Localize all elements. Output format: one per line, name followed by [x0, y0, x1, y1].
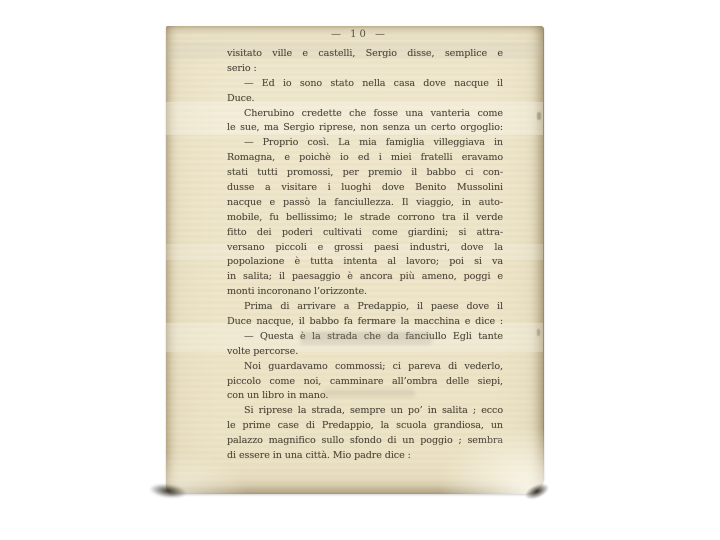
book-page-scan: — 10 — visitato ville e castelli, Sergio… — [166, 26, 544, 494]
ink-bleedthrough-smudge — [323, 389, 415, 397]
text-line: volte percorse. — [227, 345, 503, 360]
text-line: palazzo magnifico sullo sfondo di un pog… — [227, 434, 503, 449]
text-line: monti incoronano l’orizzonte. — [227, 285, 503, 300]
text-line: Prima di arrivare a Predappio, il paese … — [227, 300, 503, 315]
text-line: — Ed io sono stato nella casa dove nacqu… — [227, 77, 503, 92]
text-line: stati tutti promossi, per premio il babb… — [227, 166, 503, 181]
text-line: nacque e passò la fanciullezza. Il viagg… — [227, 196, 503, 211]
text-line: Cherubino credette che fosse una vanteri… — [227, 107, 503, 122]
text-line: fitto dei poderi cultivati come giardini… — [227, 226, 503, 241]
text-line: piccolo come noi, camminare all’ombra de… — [227, 375, 503, 390]
text-line: le sue, ma Sergio riprese, non senza un … — [227, 121, 503, 136]
text-line: Romagna, e poichè io ed i miei fratelli … — [227, 151, 503, 166]
text-line: versano piccoli e grossi paesi industri,… — [227, 241, 503, 256]
text-line: visitato ville e castelli, Sergio disse,… — [227, 47, 503, 62]
page-edge-speck — [537, 329, 540, 336]
page-edge-speck — [537, 112, 541, 120]
page-number: — 10 — — [166, 29, 543, 41]
text-line: in salita; il paesaggio è ancora più ame… — [227, 270, 503, 285]
text-line: Duce nacque, il babbo fa fermare la macc… — [227, 315, 503, 330]
text-line: dusse a visitare i luoghi dove Benito Mu… — [227, 181, 503, 196]
text-line: Si riprese la strada, sempre un po’ in s… — [227, 404, 503, 419]
text-line: popolazione è tutta intenta al lavoro; p… — [227, 255, 503, 270]
text-line: di essere in una città. Mio padre dice : — [227, 449, 503, 464]
text-line: — Proprio così. La mia famiglia villeggi… — [227, 136, 503, 151]
text-line: Noi guardavamo commossi; ci pareva di ve… — [227, 360, 503, 375]
screenshot-root: { "colors": { "background": "#ffffff", "… — [0, 0, 720, 540]
corner-shadow-mark — [148, 482, 187, 501]
text-line: Duce. — [227, 92, 503, 107]
text-line: le prime case di Predappio, la scuola gr… — [227, 419, 503, 434]
corner-shadow-mark — [522, 480, 551, 502]
ink-bleedthrough-smudge — [300, 332, 432, 345]
text-line: serio : — [227, 62, 503, 77]
page-text-block: visitato ville e castelli, Sergio disse,… — [227, 47, 503, 467]
text-line: mobile, fu bellissimo; le strade corrono… — [227, 211, 503, 226]
